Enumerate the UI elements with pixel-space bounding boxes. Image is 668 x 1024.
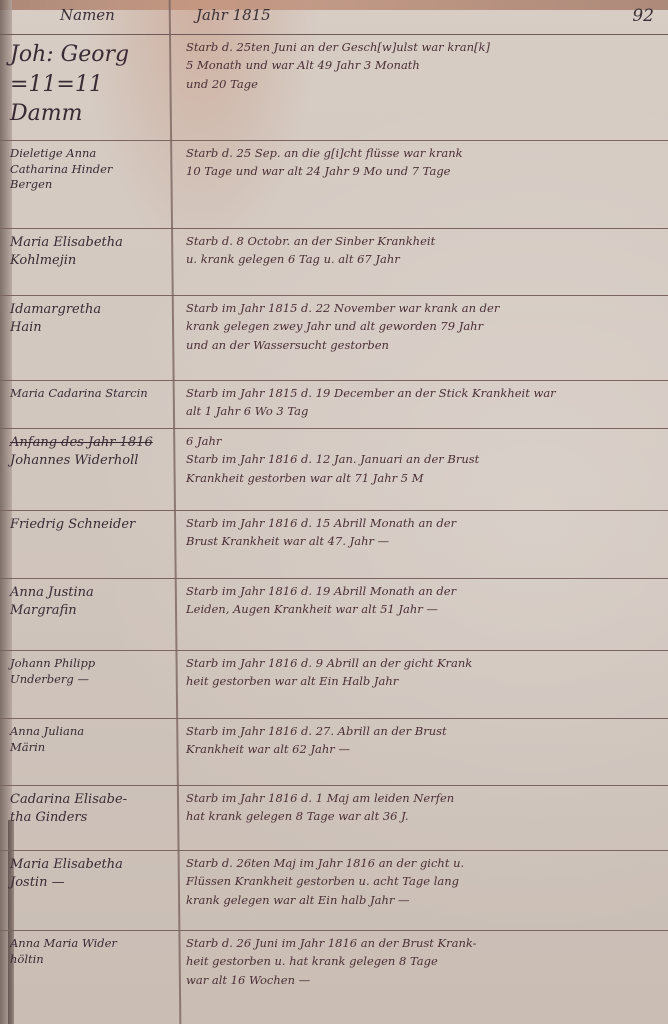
name-line: Märin [10, 740, 170, 756]
register-entry: Friedrig SchneiderStarb im Jahr 1816 d. … [0, 510, 668, 579]
entry-name: Anfang des Jahr 1816Johannes Widerholl [10, 434, 170, 469]
entry-line: Starb d. 8 Octobr. an der Sinber Krankhe… [186, 232, 656, 250]
register-page: Namen Jahr 1815 92 Joh: Georg =11=11Damm… [0, 0, 668, 1024]
register-entry: IdamargrethaHainStarb im Jahr 1815 d. 22… [0, 295, 668, 381]
entry-name: Friedrig Schneider [10, 516, 170, 534]
entry-line: Starb d. 26ten Maj im Jahr 1816 an der g… [186, 854, 656, 872]
register-entry: Johann PhilippUnderberg —Starb im Jahr 1… [0, 650, 668, 719]
entry-name: Dieletige AnnaCatharina HinderBergen [10, 146, 170, 193]
entry-line: Starb im Jahr 1815 d. 19 December an der… [186, 384, 656, 402]
entry-text: Starb d. 26ten Maj im Jahr 1816 an der g… [186, 854, 656, 909]
entry-line: Krankheit gestorben war alt 71 Jahr 5 M [186, 469, 656, 487]
entry-line: Leiden, Augen Krankheit war alt 51 Jahr … [186, 600, 656, 618]
entry-line: Starb im Jahr 1816 d. 1 Maj am leiden Ne… [186, 789, 656, 807]
register-entry: Anna JulianaMärinStarb im Jahr 1816 d. 2… [0, 718, 668, 786]
entry-line: heit gestorben war alt Ein Halb Jahr [186, 672, 656, 690]
entry-text: Starb im Jahr 1816 d. 19 Abrill Monath a… [186, 582, 656, 619]
name-line: Maria Cadarina Starcin [10, 386, 170, 402]
entry-line: Starb d. 25ten Juni an der Gesch[w]ulst … [186, 38, 656, 56]
entry-text: Starb im Jahr 1816 d. 27. Abrill an der … [186, 722, 656, 759]
register-header: Namen Jahr 1815 92 [0, 0, 668, 35]
entry-name: Cadarina Elisabe-tha Ginders [10, 791, 170, 826]
entry-line: Starb im Jahr 1816 d. 15 Abrill Monath a… [186, 514, 656, 532]
entry-name: Johann PhilippUnderberg — [10, 656, 170, 687]
entry-name: Maria Cadarina Starcin [10, 386, 170, 402]
name-line: Maria Elisabetha [10, 234, 170, 252]
name-line: Anna Juliana [10, 724, 170, 740]
entry-name: Anna JustinaMargrafin [10, 584, 170, 619]
entry-line: heit gestorben u. hat krank gelegen 8 Ta… [186, 952, 656, 970]
entry-line: Flüssen Krankheit gestorben u. acht Tage… [186, 872, 656, 890]
name-line: Damm [10, 99, 170, 129]
entry-line: alt 1 Jahr 6 Wo 3 Tag [186, 402, 656, 420]
entry-line: hat krank gelegen 8 Tage war alt 36 J. [186, 807, 656, 825]
entry-text: Starb d. 25 Sep. an die g[i]cht flüsse w… [186, 144, 656, 181]
entry-name: Maria ElisabethaJostin — [10, 856, 170, 891]
entry-name: Anna Maria Widerhöltin [10, 936, 170, 967]
entry-line: Starb d. 26 Juni im Jahr 1816 an der Bru… [186, 934, 656, 952]
name-line: Friedrig Schneider [10, 516, 170, 534]
entry-line: Krankheit war alt 62 Jahr — [186, 740, 656, 758]
entry-text: Starb im Jahr 1815 d. 22 November war kr… [186, 299, 656, 354]
entry-text: Starb im Jahr 1816 d. 9 Abrill an der gi… [186, 654, 656, 691]
name-column-header: Namen [60, 6, 115, 24]
entry-line: Starb im Jahr 1816 d. 9 Abrill an der gi… [186, 654, 656, 672]
entry-line: und 20 Tage [186, 75, 656, 93]
name-line: Maria Elisabetha [10, 856, 170, 874]
entry-line: u. krank gelegen 6 Tag u. alt 67 Jahr [186, 250, 656, 268]
entry-name: Maria ElisabethaKohlmejin [10, 234, 170, 269]
entry-name: IdamargrethaHain [10, 301, 170, 336]
register-entry: Anna Maria WiderhöltinStarb d. 26 Juni i… [0, 930, 668, 1024]
name-line: Catharina Hinder [10, 162, 170, 178]
register-entry: Joh: Georg =11=11DammStarb d. 25ten Juni… [0, 34, 668, 141]
entry-name: Joh: Georg =11=11Damm [10, 40, 170, 129]
year-column-header: Jahr 1815 [196, 6, 271, 24]
entry-line: 6 Jahr [186, 432, 656, 450]
name-line: Johannes Widerholl [10, 452, 170, 470]
register-entry: Maria Cadarina StarcinStarb im Jahr 1815… [0, 380, 668, 429]
entry-line: krank gelegen war alt Ein halb Jahr — [186, 891, 656, 909]
entry-text: 6 JahrStarb im Jahr 1816 d. 12 Jan. Janu… [186, 432, 656, 487]
name-line: Anna Justina [10, 584, 170, 602]
name-line: Anna Maria Wider [10, 936, 170, 952]
name-line: Hain [10, 319, 170, 337]
entry-text: Starb d. 8 Octobr. an der Sinber Krankhe… [186, 232, 656, 269]
name-line: höltin [10, 952, 170, 968]
name-line: Jostin — [10, 874, 170, 892]
name-line: Johann Philipp [10, 656, 170, 672]
entry-text: Starb d. 25ten Juni an der Gesch[w]ulst … [186, 38, 656, 93]
entry-text: Starb d. 26 Juni im Jahr 1816 an der Bru… [186, 934, 656, 989]
name-line: Anfang des Jahr 1816 [10, 434, 170, 452]
entry-line: 10 Tage und war alt 24 Jahr 9 Mo und 7 T… [186, 162, 656, 180]
name-line: Underberg — [10, 672, 170, 688]
entry-line: Starb im Jahr 1816 d. 12 Jan. Januari an… [186, 450, 656, 468]
register-entry: Dieletige AnnaCatharina HinderBergenStar… [0, 140, 668, 229]
entry-text: Starb im Jahr 1816 d. 15 Abrill Monath a… [186, 514, 656, 551]
register-entry: Anna JustinaMargrafinStarb im Jahr 1816 … [0, 578, 668, 651]
entry-text: Starb im Jahr 1815 d. 19 December an der… [186, 384, 656, 421]
register-entry: Anfang des Jahr 1816Johannes Widerholl6 … [0, 428, 668, 511]
entry-text: Starb im Jahr 1816 d. 1 Maj am leiden Ne… [186, 789, 656, 826]
register-entry: Maria ElisabethaJostin —Starb d. 26ten M… [0, 850, 668, 931]
entry-line: Starb im Jahr 1816 d. 27. Abrill an der … [186, 722, 656, 740]
entry-line: Brust Krankheit war alt 47. Jahr — [186, 532, 656, 550]
entry-line: 5 Monath und war Alt 49 Jahr 3 Monath [186, 56, 656, 74]
entry-name: Anna JulianaMärin [10, 724, 170, 755]
entry-line: Starb im Jahr 1816 d. 19 Abrill Monath a… [186, 582, 656, 600]
name-line: Margrafin [10, 602, 170, 620]
name-line: Cadarina Elisabe- [10, 791, 170, 809]
page-number: 92 [632, 6, 654, 26]
name-line: Bergen [10, 177, 170, 193]
entry-line: und an der Wassersucht gestorben [186, 336, 656, 354]
name-line: Idamargretha [10, 301, 170, 319]
name-line: Joh: Georg =11=11 [10, 40, 170, 99]
entry-line: Starb d. 25 Sep. an die g[i]cht flüsse w… [186, 144, 656, 162]
name-line: tha Ginders [10, 809, 170, 827]
entry-line: krank gelegen zwey Jahr und alt geworden… [186, 317, 656, 335]
name-line: Kohlmejin [10, 252, 170, 270]
register-entry: Maria ElisabethaKohlmejinStarb d. 8 Octo… [0, 228, 668, 296]
name-line: Dieletige Anna [10, 146, 170, 162]
register-entry: Cadarina Elisabe-tha GindersStarb im Jah… [0, 785, 668, 851]
entry-line: war alt 16 Wochen — [186, 971, 656, 989]
entry-line: Starb im Jahr 1815 d. 22 November war kr… [186, 299, 656, 317]
